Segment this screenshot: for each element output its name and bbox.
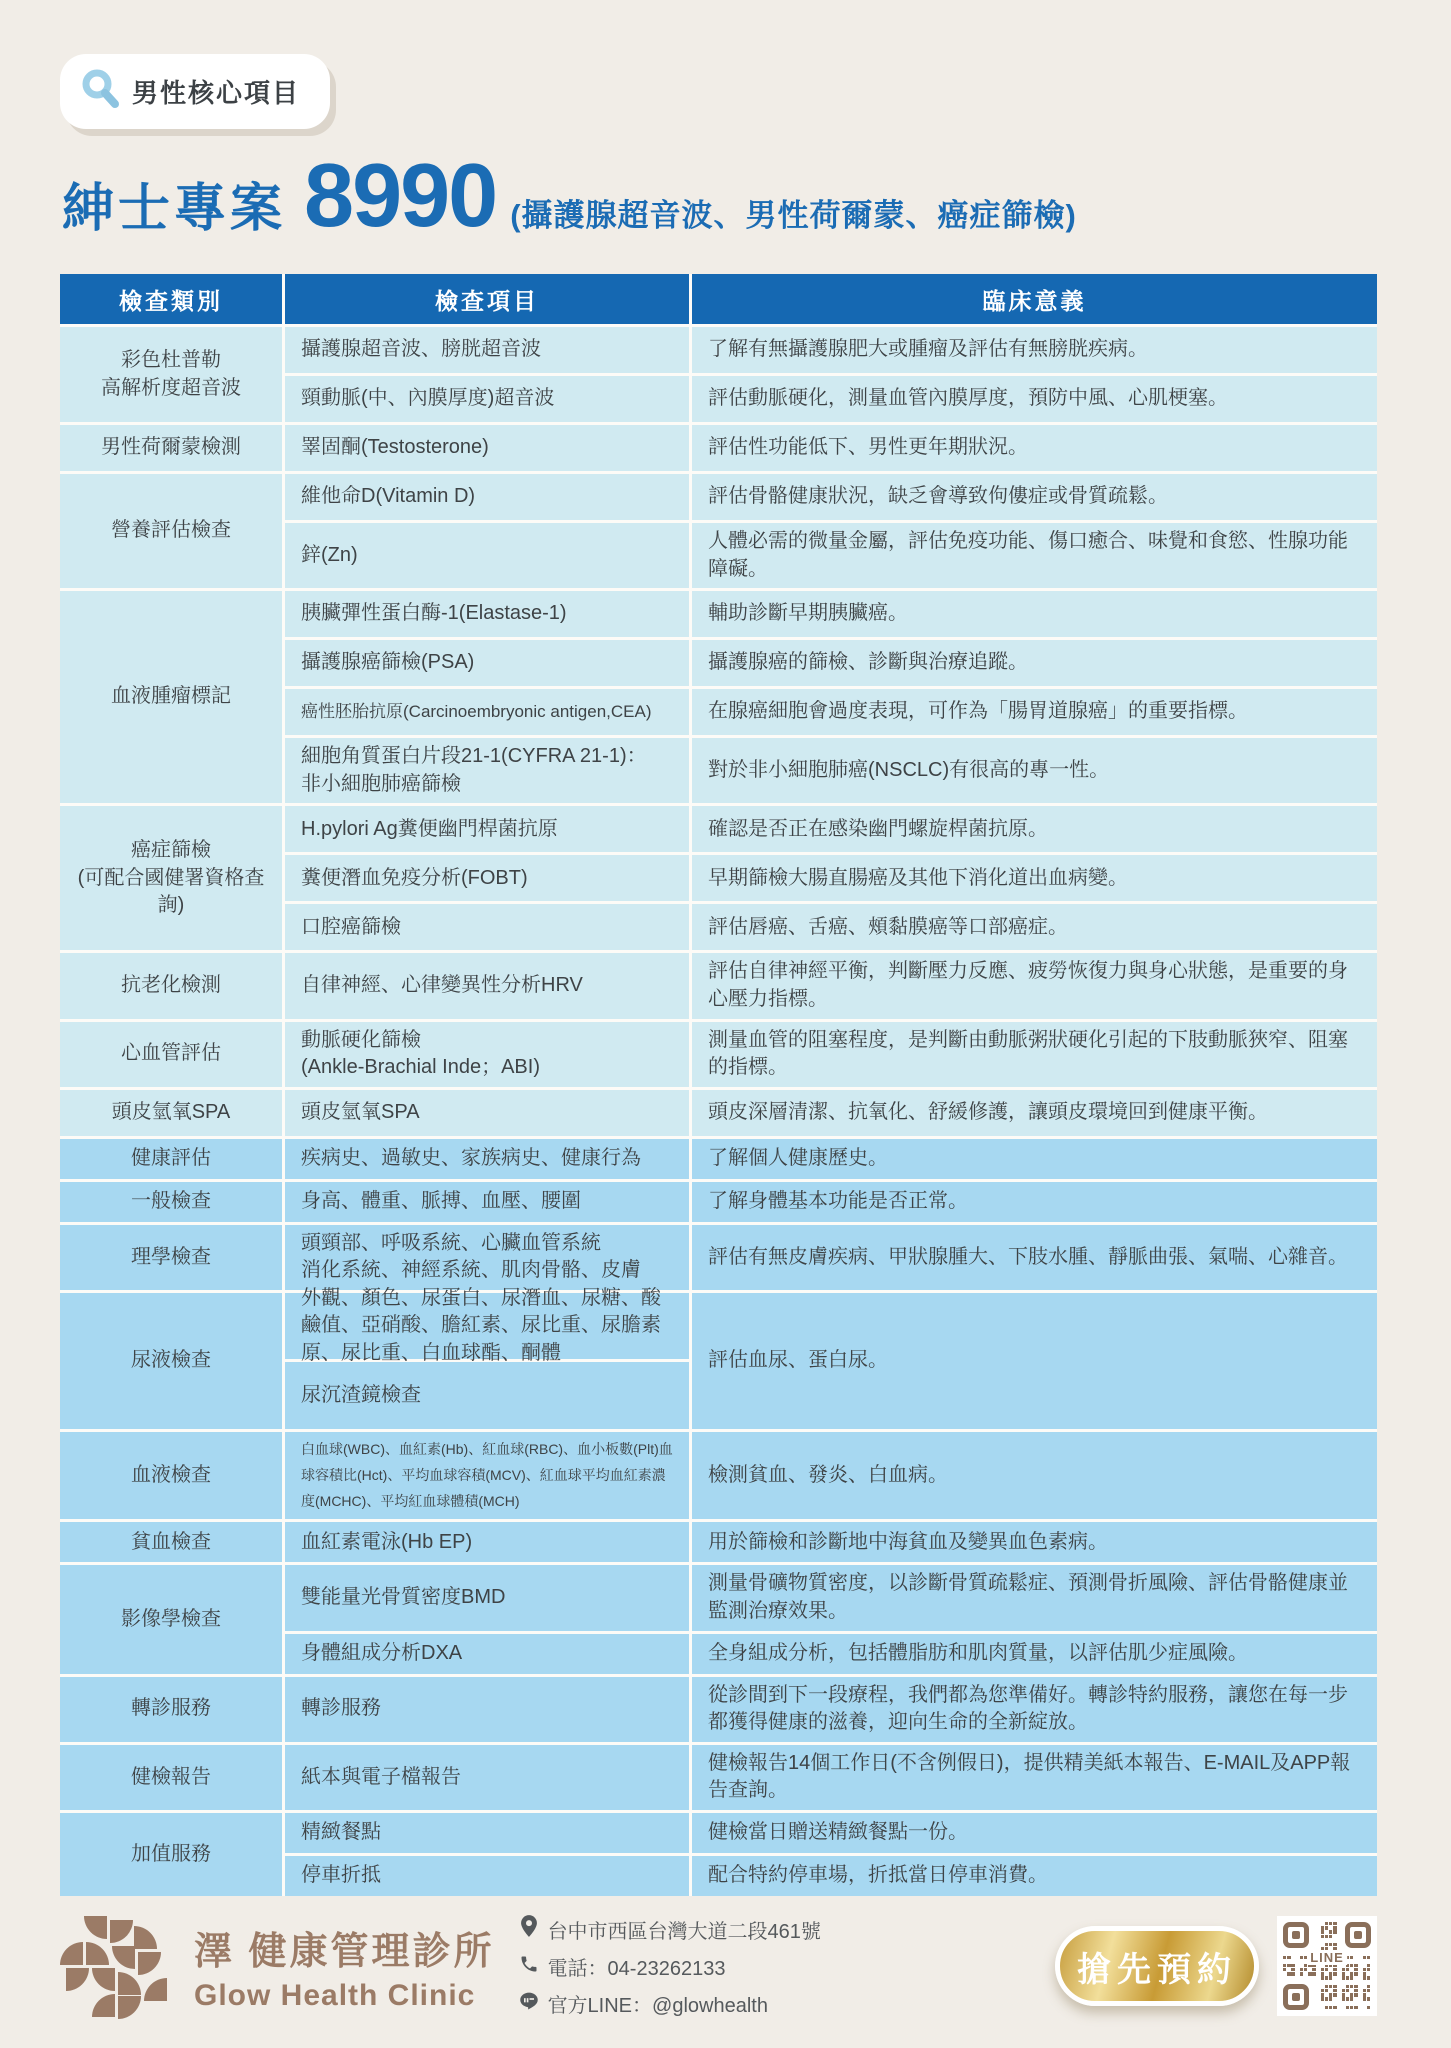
qr-dot: [1342, 1989, 1345, 1992]
item-cell: 鋅(Zn): [285, 523, 689, 588]
item-cell: 身高、體重、脈搏、血壓、腰圍: [285, 1182, 689, 1222]
item-cell: 白血球(WBC)、血紅素(Hb)、紅血球(RBC)、血小板數(Plt)血球容積比…: [285, 1432, 689, 1520]
logo-tile: [112, 1946, 135, 1969]
qr-dot: [1283, 1968, 1286, 1971]
category-cell: 貧血檢查: [60, 1522, 282, 1562]
qr-dot: [1329, 2006, 1332, 2009]
location-pin-icon: [519, 1914, 539, 1944]
phone-line: 電話：04-23262133: [519, 1952, 821, 1981]
logo-tile: [60, 1942, 83, 1965]
item-cell: 雙能量光骨質密度BMD: [285, 1565, 689, 1630]
table-group-15: 轉診服務轉診服務從診間到下一段療程，我們都為您準備好。轉診特約服務，讓您在每一步…: [60, 1677, 1377, 1742]
meaning-cell: 在腺癌細胞會過度表現，可作為「腸胃道腺癌」的重要指標。: [692, 689, 1377, 735]
table-group-10: 理學檢查頭頸部、呼吸系統、心臟血管系統 消化系統、神經系統、肌肉骨骼、皮膚評估有…: [60, 1225, 1377, 1290]
item-cell: 動脈硬化篩檢 (Ankle-Brachial Inde；ABI): [285, 1022, 689, 1087]
qr-dot: [1329, 1997, 1332, 2000]
rows-column: 疾病史、過敏史、家族病史、健康行為了解個人健康歷史。: [285, 1139, 1377, 1179]
category-badge: 男性核心項目: [60, 54, 330, 129]
category-cell: 理學檢查: [60, 1225, 282, 1290]
rows-column: 紙本與電子檔報告健檢報告14個工作日(不含例假日)，提供精美紙本報告、E-MAI…: [285, 1745, 1377, 1810]
meaning-cell: 測量血管的阻塞程度，是判斷由動脈粥狀硬化引起的下肢動脈狹窄、阻塞的指標。: [692, 1022, 1377, 1087]
table-header-row: 檢查類別 檢查項目 臨床意義: [60, 274, 1377, 324]
rows-column: 攝護腺超音波、膀胱超音波了解有無攝護腺肥大或腫瘤及評估有無膀胱疾病。頸動脈(中、…: [285, 327, 1377, 422]
qr-dot: [1350, 1997, 1353, 2000]
rows-column: 精緻餐點健檢當日贈送精緻餐點一份。停車折抵配合特約停車場，折抵當日停車消費。: [285, 1813, 1377, 1896]
qr-dot: [1346, 1976, 1349, 1979]
qr-dot: [1363, 1976, 1366, 1979]
table-row: 糞便潛血免疫分析(FOBT)早期篩檢大腸直腸癌及其他下消化道出血病變。: [285, 855, 1377, 901]
category-cell: 營養評估檢查: [60, 474, 282, 588]
category-cell: 影像學檢查: [60, 1565, 282, 1673]
meaning-cell: 檢測貧血、發炎、白血病。: [692, 1432, 1377, 1520]
table-group-2: 營養評估檢查維他命D(Vitamin D)評估骨骼健康狀況，缺乏會導致佝僂症或骨…: [60, 474, 1377, 588]
qr-dot: [1325, 1935, 1328, 1938]
qr-modules: [1283, 1922, 1371, 2010]
meaning-cell: 評估血尿、蛋白尿。: [692, 1293, 1377, 1429]
meaning-cell: 全身組成分析，包括體脂肪和肌肉質量，以評估肌少症風險。: [692, 1634, 1377, 1674]
badge-label: 男性核心項目: [132, 73, 300, 110]
qr-dot: [1342, 1976, 1345, 1979]
rows-column: 血紅素電泳(Hb EP)用於篩檢和診斷地中海貧血及變異血色素病。: [285, 1522, 1377, 1562]
header-item: 檢查項目: [285, 274, 689, 324]
meaning-cell: 了解有無攝護腺肥大或腫瘤及評估有無膀胱疾病。: [692, 327, 1377, 373]
footer: 澤 健康管理診所 Glow Health Clinic 台中市西區台灣大道二段4…: [60, 1896, 1377, 2048]
rows-column: 身高、體重、脈搏、血壓、腰圍了解身體基本功能是否正常。: [285, 1182, 1377, 1222]
rows-column: 頭皮氫氧SPA頭皮深層清潔、抗氧化、舒緩修護，讓頭皮環境回到健康平衡。: [285, 1090, 1377, 1136]
page-title: 紳士專案 8990 (攝護腺超音波、男性荷爾蒙、癌症篩檢): [62, 145, 1377, 248]
qr-dot: [1308, 1972, 1311, 1975]
meaning-cell: 健檢當日贈送精緻餐點一份。: [692, 1813, 1377, 1853]
exam-table: 檢查類別 檢查項目 臨床意義 彩色杜普勒 高解析度超音波攝護腺超音波、膀胱超音波…: [60, 274, 1377, 1896]
table-group-4: 癌症篩檢 (可配合國健署資格查詢)H.pylori Ag糞便幽門桿菌抗原確認是否…: [60, 806, 1377, 950]
qr-dot: [1325, 1997, 1328, 2000]
category-cell: 健檢報告: [60, 1745, 282, 1810]
qr-dot: [1342, 1993, 1345, 1996]
rows-column: 維他命D(Vitamin D)評估骨骼健康狀況，缺乏會導致佝僂症或骨質疏鬆。鋅(…: [285, 474, 1377, 588]
item-cell: 停車折抵: [285, 1856, 689, 1896]
category-cell: 一般檢查: [60, 1182, 282, 1222]
qr-dot: [1346, 1989, 1349, 1992]
qr-dot: [1350, 1972, 1353, 1975]
table-row: 攝護腺超音波、膀胱超音波了解有無攝護腺肥大或腫瘤及評估有無膀胱疾病。: [285, 327, 1377, 373]
item-cell: 口腔癌篩檢: [285, 904, 689, 950]
qr-dot: [1321, 1989, 1324, 1992]
table-group-17: 加值服務精緻餐點健檢當日贈送精緻餐點一份。停車折抵配合特約停車場，折抵當日停車消…: [60, 1813, 1377, 1896]
qr-dot: [1354, 1985, 1357, 1988]
qr-dot: [1367, 1968, 1370, 1971]
qr-dot: [1350, 1976, 1353, 1979]
qr-dot: [1329, 1935, 1332, 1938]
category-cell: 男性荷爾蒙檢測: [60, 425, 282, 471]
table-group-12: 血液檢查白血球(WBC)、血紅素(Hb)、紅血球(RBC)、血小板數(Plt)血…: [60, 1432, 1377, 1520]
table-body: 彩色杜普勒 高解析度超音波攝護腺超音波、膀胱超音波了解有無攝護腺肥大或腫瘤及評估…: [60, 327, 1377, 1896]
qr-dot: [1283, 1956, 1286, 1959]
flyer-page: 男性核心項目 紳士專案 8990 (攝護腺超音波、男性荷爾蒙、癌症篩檢) 檢查類…: [0, 0, 1451, 2048]
item-cell: 胰臟彈性蛋白酶-1(Elastase-1): [285, 591, 689, 637]
qr-dot: [1291, 1964, 1294, 1967]
qr-dot: [1321, 1972, 1324, 1975]
qr-dot: [1367, 1956, 1370, 1959]
qr-dot: [1363, 1972, 1366, 1975]
qr-dot: [1325, 1926, 1328, 1929]
qr-dot: [1350, 1985, 1353, 1988]
qr-dot: [1333, 1985, 1336, 1988]
qr-dot: [1325, 2006, 1328, 2009]
qr-dot: [1346, 2006, 1349, 2009]
table-group-11: 尿液檢查外觀、顏色、尿蛋白、尿潛血、尿糖、酸鹼值、亞硝酸、膽紅素、尿比重、尿膽素…: [60, 1293, 1377, 1429]
plan-name: 紳士專案: [62, 166, 286, 241]
qr-dot: [1300, 1956, 1303, 1959]
category-cell: 健康評估: [60, 1139, 282, 1179]
item-cell: 身體組成分析DXA: [285, 1634, 689, 1674]
qr-dot: [1291, 1972, 1294, 1975]
qr-dot: [1300, 1972, 1303, 1975]
magnifier-icon: [80, 68, 122, 115]
item-cell: 轉診服務: [285, 1677, 689, 1742]
header-meaning: 臨床意義: [692, 274, 1377, 324]
qr-dot: [1321, 1968, 1324, 1971]
qr-dot: [1354, 1964, 1357, 1967]
meaning-cell: 頭皮深層清潔、抗氧化、舒緩修護，讓頭皮環境回到健康平衡。: [692, 1090, 1377, 1136]
logo-tile: [86, 1942, 109, 1965]
item-cell: 攝護腺癌篩檢(PSA): [285, 640, 689, 686]
qr-dot: [1321, 1935, 1324, 1938]
qr-line-label: LINE: [1307, 1950, 1347, 1965]
qr-dot: [1350, 2006, 1353, 2009]
qr-dot: [1354, 1968, 1357, 1971]
table-row: 胰臟彈性蛋白酶-1(Elastase-1)輔助診斷早期胰臟癌。: [285, 591, 1377, 637]
qr-dot: [1333, 1993, 1336, 1996]
table-row: 頭頸部、呼吸系統、心臟血管系統 消化系統、神經系統、肌肉骨骼、皮膚評估有無皮膚疾…: [285, 1225, 1377, 1290]
table-row: 頭皮氫氧SPA頭皮深層清潔、抗氧化、舒緩修護，讓頭皮環境回到健康平衡。: [285, 1090, 1377, 1136]
meaning-cell: 早期篩檢大腸直腸癌及其他下消化道出血病變。: [692, 855, 1377, 901]
category-cell: 尿液檢查: [60, 1293, 282, 1429]
qr-dot: [1325, 1968, 1328, 1971]
address-line: 台中市西區台灣大道二段461號: [519, 1914, 821, 1944]
qr-dot: [1363, 1993, 1366, 1996]
category-cell: 血液檢查: [60, 1432, 282, 1520]
rows-column: 胰臟彈性蛋白酶-1(Elastase-1)輔助診斷早期胰臟癌。攝護腺癌篩檢(PS…: [285, 591, 1377, 803]
table-row: 癌性胚胎抗原(Carcinoembryonic antigen,CEA)在腺癌細…: [285, 689, 1377, 735]
meaning-cell: 輔助診斷早期胰臟癌。: [692, 591, 1377, 637]
qr-dot: [1346, 1985, 1349, 1988]
line-account-line: 官方LINE：@glowhealth: [519, 1989, 821, 2018]
logo-tile: [92, 1968, 115, 1991]
table-group-6: 心血管評估動脈硬化篩檢 (Ankle-Brachial Inde；ABI)測量血…: [60, 1022, 1377, 1087]
table-group-13: 貧血檢查血紅素電泳(Hb EP)用於篩檢和診斷地中海貧血及變異血色素病。: [60, 1522, 1377, 1562]
table-row: 口腔癌篩檢評估唇癌、舌癌、頰黏膜癌等口部癌症。: [285, 904, 1377, 950]
qr-dot: [1363, 1968, 1366, 1971]
qr-dot: [1342, 1972, 1345, 1975]
item-cell: 細胞角質蛋白片段21-1(CYFRA 21-1)： 非小細胞肺癌篩檢: [285, 738, 689, 803]
meaning-cell: 評估骨骼健康狀況，缺乏會導致佝僂症或骨質疏鬆。: [692, 474, 1377, 520]
address-text: 台中市西區台灣大道二段461號: [548, 1915, 821, 1944]
qr-dot: [1333, 1930, 1336, 1933]
qr-dot: [1367, 1989, 1370, 1992]
plan-price: 8990: [304, 145, 496, 248]
line-chat-icon: [519, 1991, 539, 2017]
category-cell: 心血管評估: [60, 1022, 282, 1087]
table-group-5: 抗老化檢測自律神經、心律變異性分析HRV評估自律神經平衡，判斷壓力反應、疲勞恢復…: [60, 953, 1377, 1018]
qr-dot: [1329, 1976, 1332, 1979]
table-row: 自律神經、心律變異性分析HRV評估自律神經平衡，判斷壓力反應、疲勞恢復力與身心狀…: [285, 953, 1377, 1018]
items-column: 外觀、顏色、尿蛋白、尿潛血、尿糖、酸鹼值、亞硝酸、膽紅素、尿比重、尿膽素原、尿比…: [285, 1293, 689, 1429]
qr-dot: [1321, 1993, 1324, 1996]
item-cell: 紙本與電子檔報告: [285, 1745, 689, 1810]
qr-dot: [1350, 1964, 1353, 1967]
qr-dot: [1329, 1972, 1332, 1975]
qr-dot: [1342, 1968, 1345, 1971]
qr-dot: [1333, 1968, 1336, 1971]
table-row: 血紅素電泳(Hb EP)用於篩檢和診斷地中海貧血及變異血色素病。: [285, 1522, 1377, 1562]
meaning-cell: 評估自律神經平衡，判斷壓力反應、疲勞恢復力與身心狀態，是重要的身心壓力指標。: [692, 953, 1377, 1018]
table-row: 攝護腺癌篩檢(PSA)攝護腺癌的篩檢、診斷與治療追蹤。: [285, 640, 1377, 686]
qr-dot: [1287, 1956, 1290, 1959]
rows-column: 白血球(WBC)、血紅素(Hb)、紅血球(RBC)、血小板數(Plt)血球容積比…: [285, 1432, 1377, 1520]
table-row: 頸動脈(中、內膜厚度)超音波評估動脈硬化，測量血管內膜厚度，預防中風、心肌梗塞。: [285, 376, 1377, 422]
qr-dot: [1333, 1926, 1336, 1929]
qr-dot: [1333, 1922, 1336, 1925]
table-row: 維他命D(Vitamin D)評估骨骼健康狀況，缺乏會導致佝僂症或骨質疏鬆。: [285, 474, 1377, 520]
table-row: 轉診服務從診間到下一段療程，我們都為您準備好。轉診特約服務，讓您在每一步都獲得健…: [285, 1677, 1377, 1742]
qr-finder-icon: [1283, 1922, 1309, 1948]
qr-dot: [1342, 1997, 1345, 2000]
header-category: 檢查類別: [60, 274, 282, 324]
rows-column: 動脈硬化篩檢 (Ankle-Brachial Inde；ABI)測量血管的阻塞程…: [285, 1022, 1377, 1087]
logo-tile: [118, 1972, 141, 1995]
meaning-cell: 評估唇癌、舌癌、頰黏膜癌等口部癌症。: [692, 904, 1377, 950]
table-row: 身高、體重、脈搏、血壓、腰圍了解身體基本功能是否正常。: [285, 1182, 1377, 1222]
qr-dot: [1300, 1968, 1303, 1971]
item-cell: 癌性胚胎抗原(Carcinoembryonic antigen,CEA): [285, 689, 689, 735]
reserve-button[interactable]: 搶先預約: [1055, 1926, 1259, 2006]
qr-dot: [1350, 1993, 1353, 1996]
qr-dot: [1333, 2006, 1336, 2009]
table-row: 停車折抵配合特約停車場，折抵當日停車消費。: [285, 1856, 1377, 1896]
table-group-14: 影像學檢查雙能量光骨質密度BMD測量骨礦物質密度，以診斷骨質疏鬆症、預測骨折風險…: [60, 1565, 1377, 1673]
qr-dot: [1329, 1993, 1332, 1996]
qr-dot: [1283, 1964, 1286, 1967]
qr-dot: [1346, 1968, 1349, 1971]
clinic-logo: 澤 健康管理診所 Glow Health Clinic: [60, 1916, 495, 2016]
qr-dot: [1321, 1926, 1324, 1929]
qr-dot: [1363, 1997, 1366, 2000]
logo-tile: [110, 1920, 133, 1943]
plan-subtitle: (攝護腺超音波、男性荷爾蒙、癌症篩檢): [510, 190, 1077, 235]
meaning-cell: 攝護腺癌的篩檢、診斷與治療追蹤。: [692, 640, 1377, 686]
table-group-0: 彩色杜普勒 高解析度超音波攝護腺超音波、膀胱超音波了解有無攝護腺肥大或腫瘤及評估…: [60, 327, 1377, 422]
table-row: 動脈硬化篩檢 (Ankle-Brachial Inde；ABI)測量血管的阻塞程…: [285, 1022, 1377, 1087]
table-group-16: 健檢報告紙本與電子檔報告健檢報告14個工作日(不含例假日)，提供精美紙本報告、E…: [60, 1745, 1377, 1810]
meaning-cell: 了解個人健康歷史。: [692, 1139, 1377, 1179]
meaning-cell: 從診間到下一段療程，我們都為您準備好。轉診特約服務，讓您在每一步都獲得健康的滋養…: [692, 1677, 1377, 1742]
qr-dot: [1350, 1956, 1353, 1959]
table-group-7: 頭皮氫氧SPA頭皮氫氧SPA頭皮深層清潔、抗氧化、舒緩修護，讓頭皮環境回到健康平…: [60, 1090, 1377, 1136]
qr-finder-icon: [1345, 1922, 1371, 1948]
rows-column: 頭頸部、呼吸系統、心臟血管系統 消化系統、神經系統、肌肉骨骼、皮膚評估有無皮膚疾…: [285, 1225, 1377, 1290]
item-cell: 睪固酮(Testosterone): [285, 425, 689, 471]
qr-dot: [1333, 1972, 1336, 1975]
qr-dot: [1325, 1989, 1328, 1992]
item-cell: 外觀、顏色、尿蛋白、尿潛血、尿糖、酸鹼值、亞硝酸、膽紅素、尿比重、尿膽素原、尿比…: [285, 1293, 689, 1359]
category-cell: 抗老化檢測: [60, 953, 282, 1018]
qr-dot: [1287, 1964, 1290, 1967]
qr-dot: [1367, 1997, 1370, 2000]
table-row: 鋅(Zn)人體必需的微量金屬，評估免疫功能、傷口癒合、味覺和食慾、性腺功能障礙。: [285, 523, 1377, 588]
qr-dot: [1354, 1989, 1357, 1992]
qr-dot: [1333, 1943, 1336, 1946]
clinic-name-en: Glow Health Clinic: [194, 1979, 495, 2013]
category-cell: 頭皮氫氧SPA: [60, 1090, 282, 1136]
table-row: 紙本與電子檔報告健檢報告14個工作日(不含例假日)，提供精美紙本報告、E-MAI…: [285, 1745, 1377, 1810]
table-row: 身體組成分析DXA全身組成分析，包括體脂肪和肌肉質量，以評估肌少症風險。: [285, 1634, 1377, 1674]
qr-dot: [1325, 1943, 1328, 1946]
logo-tile: [144, 1978, 167, 2001]
category-cell: 彩色杜普勒 高解析度超音波: [60, 327, 282, 422]
logo-tile: [138, 1952, 161, 1975]
meaning-cell: 用於篩檢和診斷地中海貧血及變異血色素病。: [692, 1522, 1377, 1562]
meaning-cell: 評估性功能低下、男性更年期狀況。: [692, 425, 1377, 471]
item-cell: 維他命D(Vitamin D): [285, 474, 689, 520]
qr-dot: [1325, 1985, 1328, 1988]
rows-column: 自律神經、心律變異性分析HRV評估自律神經平衡，判斷壓力反應、疲勞恢復力與身心狀…: [285, 953, 1377, 1018]
qr-dot: [1312, 1968, 1315, 1971]
table-row: H.pylori Ag糞便幽門桿菌抗原確認是否正在感染幽門螺旋桿菌抗原。: [285, 806, 1377, 852]
meaning-cell: 了解身體基本功能是否正常。: [692, 1182, 1377, 1222]
meaning-cell: 人體必需的微量金屬，評估免疫功能、傷口癒合、味覺和食慾、性腺功能障礙。: [692, 523, 1377, 588]
qr-dot: [1367, 1976, 1370, 1979]
meaning-cell: 配合特約停車場，折抵當日停車消費。: [692, 1856, 1377, 1896]
logo-tile: [84, 1916, 107, 1939]
category-cell: 癌症篩檢 (可配合國健署資格查詢): [60, 806, 282, 950]
qr-dot: [1321, 1997, 1324, 2000]
qr-dot: [1329, 1943, 1332, 1946]
qr-dot: [1304, 1968, 1307, 1971]
rows-column: 雙能量光骨質密度BMD測量骨礦物質密度，以診斷骨質疏鬆症、預測骨折風險、評估骨骼…: [285, 1565, 1377, 1673]
item-cell: 血紅素電泳(Hb EP): [285, 1522, 689, 1562]
rows-column: 轉診服務從診間到下一段療程，我們都為您準備好。轉診特約服務，讓您在每一步都獲得健…: [285, 1677, 1377, 1742]
clinic-name-zh: 澤 健康管理診所: [194, 1920, 495, 1975]
phone-text: 電話：04-23262133: [548, 1952, 726, 1981]
qr-finder-icon: [1283, 1984, 1309, 2010]
item-cell: 疾病史、過敏史、家族病史、健康行為: [285, 1139, 689, 1179]
category-cell: 轉診服務: [60, 1677, 282, 1742]
table-row: 精緻餐點健檢當日贈送精緻餐點一份。: [285, 1813, 1377, 1853]
item-cell: 自律神經、心律變異性分析HRV: [285, 953, 689, 1018]
qr-dot: [1291, 1968, 1294, 1971]
qr-dot: [1325, 1922, 1328, 1925]
qr-dot: [1367, 1964, 1370, 1967]
qr-dot: [1363, 1956, 1366, 1959]
category-cell: 血液腫瘤標記: [60, 591, 282, 803]
item-cell: 精緻餐點: [285, 1813, 689, 1853]
item-cell: 頸動脈(中、內膜厚度)超音波: [285, 376, 689, 422]
rows-column: H.pylori Ag糞便幽門桿菌抗原確認是否正在感染幽門螺旋桿菌抗原。糞便潛血…: [285, 806, 1377, 950]
meaning-cell: 確認是否正在感染幽門螺旋桿菌抗原。: [692, 806, 1377, 852]
rows-column: 睪固酮(Testosterone)評估性功能低下、男性更年期狀況。: [285, 425, 1377, 471]
item-cell: H.pylori Ag糞便幽門桿菌抗原: [285, 806, 689, 852]
table-group-9: 一般檢查身高、體重、脈搏、血壓、腰圍了解身體基本功能是否正常。: [60, 1182, 1377, 1222]
table-row: 睪固酮(Testosterone)評估性功能低下、男性更年期狀況。: [285, 425, 1377, 471]
qr-dot: [1333, 1989, 1336, 1992]
item-cell: 頭皮氫氧SPA: [285, 1090, 689, 1136]
table-row: 疾病史、過敏史、家族病史、健康行為了解個人健康歷史。: [285, 1139, 1377, 1179]
qr-dot: [1363, 1989, 1366, 1992]
qr-dot: [1354, 2006, 1357, 2009]
logo-tile: [134, 1926, 157, 1949]
qr-dot: [1329, 1930, 1332, 1933]
table-row: 白血球(WBC)、血紅素(Hb)、紅血球(RBC)、血小板數(Plt)血球容積比…: [285, 1432, 1377, 1520]
contact-info: 台中市西區台灣大道二段461號 電話：04-23262133 官方LINE：@g…: [519, 1914, 821, 2018]
item-cell: 頭頸部、呼吸系統、心臟血管系統 消化系統、神經系統、肌肉骨骼、皮膚: [285, 1225, 689, 1290]
qr-dot: [1354, 1972, 1357, 1975]
meaning-cell: 健檢報告14個工作日(不含例假日)，提供精美紙本報告、E-MAIL及APP報告查…: [692, 1745, 1377, 1810]
meaning-cell: 測量骨礦物質密度，以診斷骨質疏鬆症、預測骨折風險、評估骨骼健康並監測治療效果。: [692, 1565, 1377, 1630]
qr-dot: [1325, 1976, 1328, 1979]
qr-dot: [1321, 1976, 1324, 1979]
qr-dot: [1312, 1972, 1315, 1975]
meaning-cell: 對於非小細胞肺癌(NSCLC)有很高的專一性。: [692, 738, 1377, 803]
qr-dot: [1367, 2006, 1370, 2009]
table-group-3: 血液腫瘤標記胰臟彈性蛋白酶-1(Elastase-1)輔助診斷早期胰臟癌。攝護腺…: [60, 591, 1377, 803]
table-row: 細胞角質蛋白片段21-1(CYFRA 21-1)： 非小細胞肺癌篩檢對於非小細胞…: [285, 738, 1377, 803]
meaning-cell: 評估有無皮膚疾病、甲狀腺腫大、下肢水腫、靜脈曲張、氣喘、心雜音。: [692, 1225, 1377, 1290]
qr-dot: [1287, 1972, 1290, 1975]
phone-icon: [519, 1954, 539, 1980]
logo-tile: [66, 1968, 89, 1991]
qr-dot: [1321, 1930, 1324, 1933]
qr-dot: [1329, 1985, 1332, 1988]
table-group-8: 健康評估疾病史、過敏史、家族病史、健康行為了解個人健康歷史。: [60, 1139, 1377, 1179]
logo-tile: [92, 1994, 115, 2017]
item-cell: 尿沉渣鏡檢查: [285, 1362, 689, 1428]
meaning-cell: 評估動脈硬化，測量血管內膜厚度，預防中風、心肌梗塞。: [692, 376, 1377, 422]
clinic-logo-icon: [60, 1916, 178, 2016]
qr-dot: [1367, 1985, 1370, 1988]
logo-tile: [118, 1996, 141, 2019]
item-cell: 糞便潛血免疫分析(FOBT): [285, 855, 689, 901]
line-qr-code: LINE: [1277, 1916, 1377, 2016]
qr-dot: [1354, 1993, 1357, 1996]
category-cell: 加值服務: [60, 1813, 282, 1896]
table-group-1: 男性荷爾蒙檢測睪固酮(Testosterone)評估性功能低下、男性更年期狀況。: [60, 425, 1377, 471]
item-cell: 攝護腺超音波、膀胱超音波: [285, 327, 689, 373]
qr-dot: [1329, 1922, 1332, 1925]
line-account-text: 官方LINE：@glowhealth: [548, 1989, 768, 2018]
qr-dot: [1346, 1997, 1349, 2000]
table-row: 雙能量光骨質密度BMD測量骨礦物質密度，以診斷骨質疏鬆症、預測骨折風險、評估骨骼…: [285, 1565, 1377, 1630]
